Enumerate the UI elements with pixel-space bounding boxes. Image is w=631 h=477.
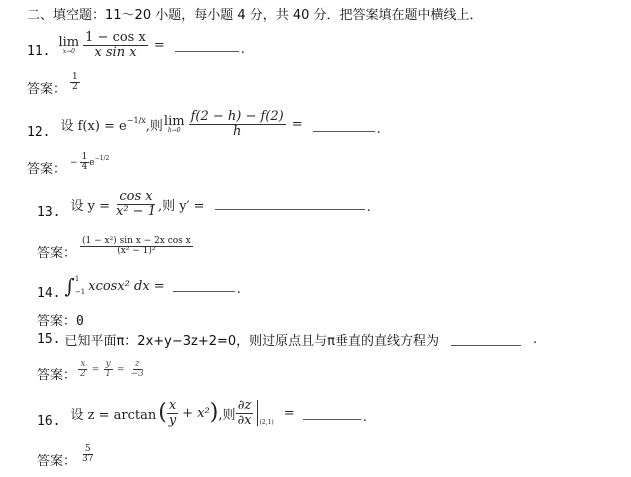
evaluation-point: (2,1) [260, 419, 274, 426]
denominator: ∂x [235, 414, 253, 428]
answer-blank[interactable] [313, 130, 375, 132]
question-14: 14. ∫ 1 −1 xcosx² dx = . [37, 272, 241, 300]
denominator: 4 [80, 163, 90, 172]
fraction: f(2 − h) − f(2) h [189, 110, 286, 138]
answer-label: 答案： [27, 78, 66, 97]
numerator: x [167, 399, 178, 414]
period: . [367, 200, 371, 215]
equals-sign: = [284, 406, 295, 421]
question-number: 11. [27, 44, 50, 59]
period: . [377, 122, 381, 137]
fraction-y: y 1 [103, 360, 113, 380]
period: . [533, 332, 537, 347]
answer-fraction: 1 2 [70, 73, 80, 93]
question-text: 已知平面π：2x+y−3z+2=0，则过原点且与π垂直的直线方程为 [64, 330, 439, 349]
numerator: ∂z [236, 399, 254, 414]
numerator: 1 − cos x [83, 31, 148, 46]
numerator: cos x [117, 190, 154, 205]
answer-label: 答案： [37, 314, 76, 329]
question-number: 12. [27, 125, 50, 140]
equals-sign: = [117, 365, 125, 375]
answer-fraction: (1 − x²) sin x − 2x cos x (x² − 1)² [80, 237, 193, 257]
answer-label: 答案： [27, 158, 66, 177]
denominator: −3 [129, 370, 146, 379]
question-number: 16. [37, 414, 60, 429]
answer-label: 答案： [37, 450, 76, 469]
fraction: 1 − cos x x sin x [83, 31, 148, 59]
fraction: x y [167, 399, 178, 427]
partial-derivative: ∂z ∂x [235, 399, 253, 427]
fraction-x: x 2 [78, 360, 88, 380]
equals-sign: = [92, 365, 100, 375]
denominator: 2 [78, 370, 88, 379]
answer-blank[interactable] [215, 208, 365, 210]
integral-sign: ∫ [64, 276, 74, 296]
mid-text: ,则 [218, 404, 235, 423]
question-12: 12. 设 f(x) = e −1/x ,则 lim h→0 f(2 − h) … [27, 108, 381, 140]
lim-subscript: h→0 [168, 128, 181, 134]
question-15: 15. 已知平面π：2x+y−3z+2=0，则过原点且与π垂直的直线方程为 . [37, 330, 537, 349]
prefix-text: 设 f(x) = e [60, 115, 126, 134]
answer-label: 答案： [37, 242, 76, 261]
lim-subscript: x→0 [63, 49, 75, 55]
exponent: −1/2 [95, 155, 110, 162]
denominator: h [231, 125, 243, 139]
answer-15: 答案： x 2 = y 1 = z −3 [37, 356, 146, 383]
answer-blank[interactable] [175, 50, 239, 52]
mid-text: ,则 y′ = [158, 195, 205, 214]
integrand: xcosx² dx = [88, 279, 164, 294]
fraction-z: z −3 [129, 360, 146, 380]
denominator: 37 [80, 455, 95, 464]
answer-11: 答案： 1 2 [27, 68, 80, 97]
equals-sign: = [154, 38, 165, 53]
denominator: x sin x [92, 46, 138, 60]
lim-word: lim [58, 36, 79, 49]
question-16: 16. 设 z = arctan ( x y + x² ) ,则 ∂z ∂x (… [37, 396, 367, 430]
answer-value: 0 [76, 314, 84, 329]
prefix-text: 设 y = [70, 195, 110, 214]
answer-blank[interactable] [451, 344, 521, 346]
section-header: 二、填空题：11～20 小题，每小题 4 分，共 40 分．把答案填在题中横线上… [27, 4, 483, 23]
question-13: 13. 设 y = cos x x² − 1 ,则 y′ = . [37, 188, 371, 220]
upper-limit: 1 [75, 273, 85, 286]
evaluation-bar [257, 400, 258, 426]
prefix-text: 设 z = arctan [70, 404, 156, 423]
answer-12: 答案： − 1 4 e −1/2 [27, 148, 109, 177]
left-paren: ( [158, 402, 167, 424]
limit: lim h→0 [164, 115, 185, 134]
question-number: 15. [37, 332, 60, 347]
right-paren: ) [210, 402, 219, 424]
answer-blank[interactable] [303, 418, 361, 420]
exponent: −1/x [127, 116, 146, 125]
answer-fraction: 5 37 [80, 445, 95, 465]
denominator: x² − 1 [114, 205, 158, 219]
denominator: y [167, 414, 178, 428]
denominator: 1 [103, 370, 113, 379]
denominator: 2 [70, 83, 80, 92]
fraction: cos x x² − 1 [114, 190, 158, 218]
answer-13: 答案： (1 − x²) sin x − 2x cos x (x² − 1)² [37, 232, 193, 261]
limit: lim x→0 [58, 36, 79, 55]
answer-14: 答案：0 [37, 310, 84, 329]
period: . [241, 42, 245, 57]
lim-word: lim [164, 115, 185, 128]
integral-limits: 1 −1 [75, 273, 85, 300]
denominator: (x² − 1)² [115, 247, 157, 256]
answer-label: 答案： [37, 364, 76, 383]
mid-text: ,则 [146, 115, 163, 134]
paren-tail: + x² [182, 406, 210, 421]
question-number: 14. [37, 286, 60, 301]
period: . [363, 410, 367, 425]
answer-blank[interactable] [173, 290, 235, 292]
minus-sign: − [70, 158, 78, 168]
answer-16: 答案： 5 37 [37, 440, 95, 469]
numerator: f(2 − h) − f(2) [189, 110, 286, 125]
period: . [237, 282, 241, 297]
question-11: 11. lim x→0 1 − cos x x sin x = . [27, 30, 245, 60]
lower-limit: −1 [75, 286, 85, 299]
question-number: 13. [37, 205, 60, 220]
equals-sign: = [292, 117, 303, 132]
answer-fraction: 1 4 [80, 153, 90, 173]
